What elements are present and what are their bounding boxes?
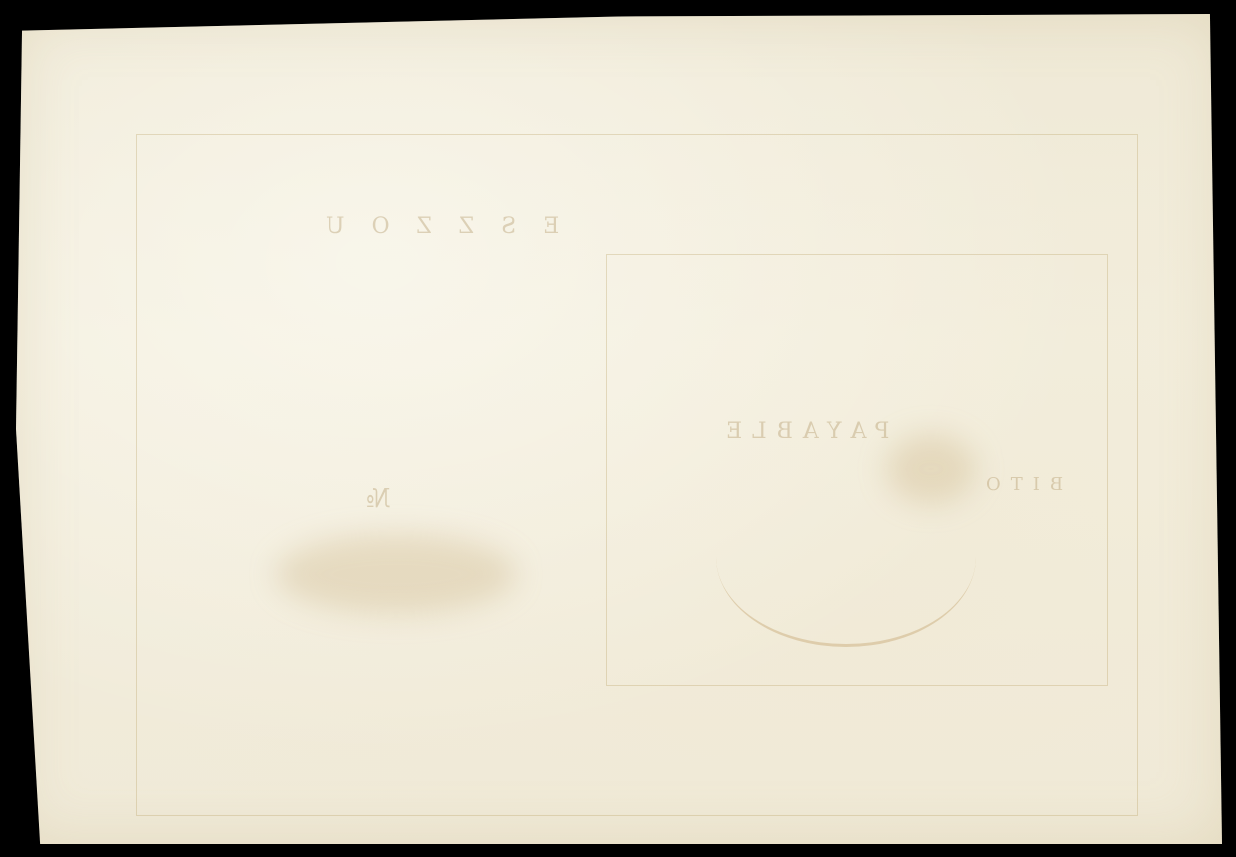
show-through-number-sign: № — [356, 484, 391, 514]
stain-left — [276, 534, 516, 614]
show-through-text-middle: PAYABLE — [716, 419, 889, 444]
paper-sheet: E S Z Z O U PAYABLE BITO № — [16, 14, 1222, 844]
show-through-text-right: BITO — [976, 474, 1063, 495]
show-through-text-top: E S Z Z O U — [316, 214, 559, 239]
